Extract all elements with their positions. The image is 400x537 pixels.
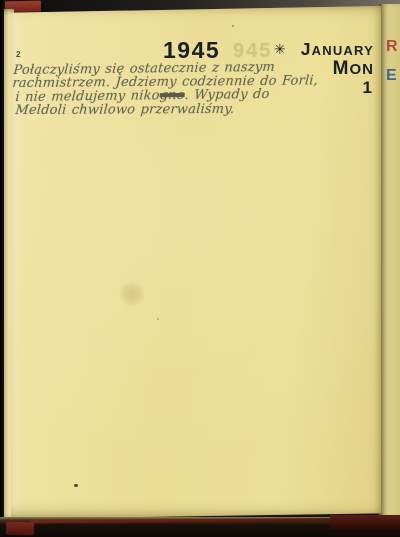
ink-speck xyxy=(232,25,234,27)
next-page-letter-red: R xyxy=(386,38,398,56)
cover-corner-left xyxy=(6,522,34,536)
handwriting-line-3-post: . Wypady do xyxy=(184,87,270,103)
ink-speck xyxy=(74,484,78,487)
paper-stain xyxy=(119,282,145,306)
printed-month: JANUARY xyxy=(301,39,374,60)
cover-corner-right xyxy=(330,515,400,530)
ink-speck xyxy=(157,318,159,320)
next-page-letter-blue: E xyxy=(386,67,397,85)
printed-weekday: MON xyxy=(333,58,374,80)
star-icon: ✳ xyxy=(274,41,286,58)
margin-page-number: 2 xyxy=(16,50,20,59)
printed-day-number: 1 xyxy=(363,78,372,98)
handwriting-crossed-out-word: gno xyxy=(159,88,185,103)
diary-page: 2 1945 945 ✳ JANUARY MON 1 Połączyliśmy … xyxy=(11,6,381,519)
next-page-edge: R E xyxy=(381,4,400,516)
diary-scan: R E 2 1945 945 ✳ JANUARY MON 1 Połączyli… xyxy=(0,0,400,537)
handwriting-line-4: Meldoli chwilowo przerwaliśmy. xyxy=(15,102,235,118)
